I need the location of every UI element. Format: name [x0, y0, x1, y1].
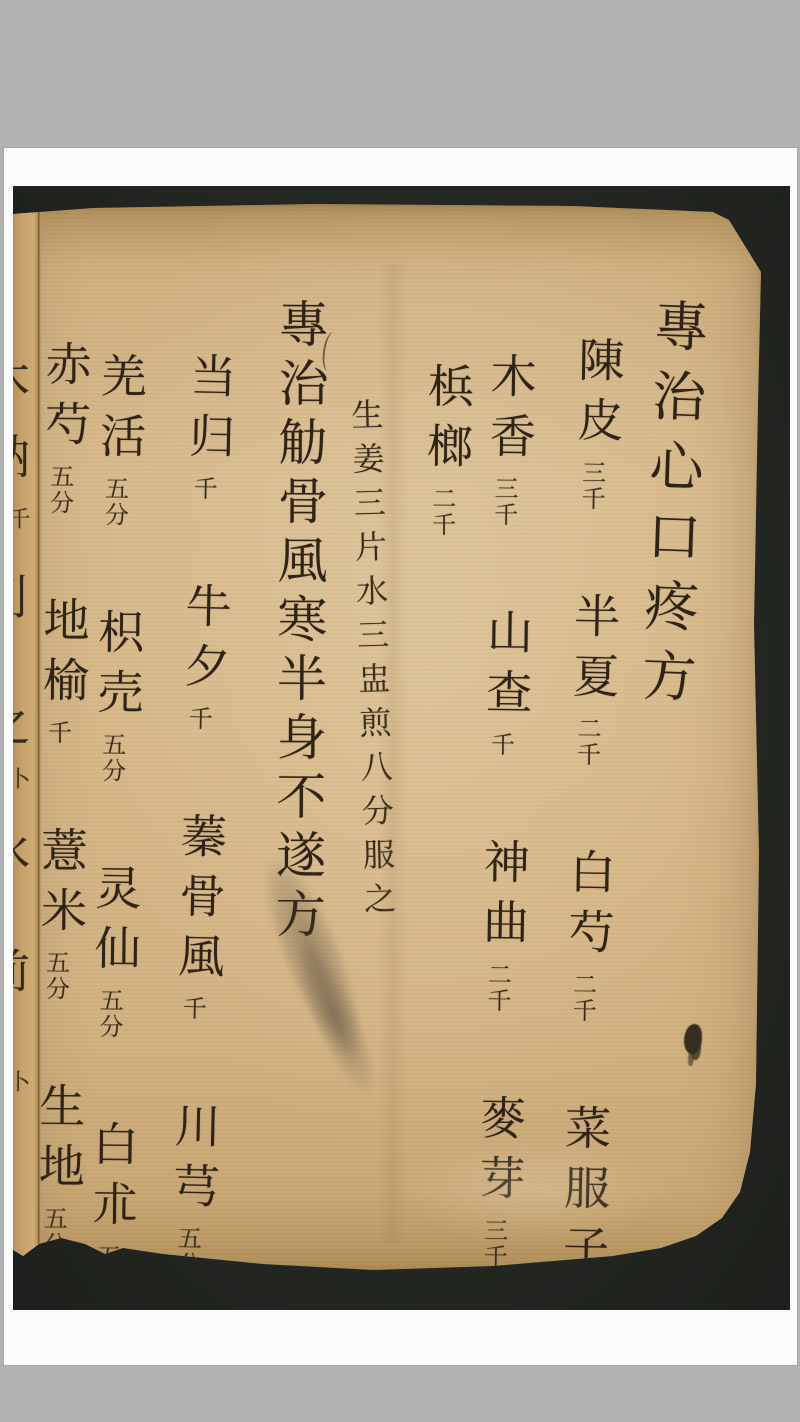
ingredient-name: 川芎 — [160, 1101, 228, 1222]
ingredient-dose: 千 — [44, 720, 70, 746]
ingredient: 蓁骨風千 — [164, 811, 234, 1024]
ingredient: 赤芍五分 — [31, 340, 99, 519]
ingredient-name: 白芍 — [555, 847, 623, 968]
ingredient-dose: 二千 — [484, 962, 511, 1014]
ingredient-dose: 三千 — [578, 460, 605, 512]
ingredient-dose: 五分 — [96, 988, 123, 1040]
ingredient: 半夏二千 — [558, 591, 627, 770]
ingredient-dose: 五分 — [46, 464, 72, 516]
ingredient-name: 当归 — [175, 351, 243, 472]
ingredient: 梹榔二千 — [413, 362, 481, 541]
ingredient-dose: 五分 — [98, 732, 125, 784]
ingredient-dose: 二千 — [573, 716, 600, 768]
ingredient-dose: 五分 — [40, 1206, 66, 1258]
ingredient: 生地五分 — [25, 1082, 93, 1261]
ingredient: 薏米五分 — [27, 826, 95, 1005]
ingredient-dose: 五分 — [101, 476, 128, 528]
manuscript-page: 木 納 千 刂 之 卜 水 前 卜 專治心口疼方 陳皮三千 半夏二千 白芍二千 … — [13, 204, 763, 1274]
ingredient: 神曲二千 — [469, 837, 537, 1016]
ingredient-name: 薏米 — [28, 826, 95, 947]
ingredient-name: 山查 — [473, 608, 541, 729]
ingredient: 当归千 — [175, 351, 244, 504]
scan-matte: 木 納 千 刂 之 卜 水 前 卜 專治心口疼方 陳皮三千 半夏二千 白芍二千 … — [4, 148, 797, 1365]
ingredient-dose: 千 — [487, 732, 513, 758]
ingredient-name: 地榆 — [30, 596, 97, 717]
ingredient-dose: 三千 — [491, 476, 518, 528]
ingredient-name: 生地 — [25, 1082, 92, 1203]
ingredient-dose: 五分 — [174, 1225, 201, 1278]
ingredient-name: 赤芍 — [32, 340, 99, 461]
photo-backdrop: 木 納 千 刂 之 卜 水 前 卜 專治心口疼方 陳皮三千 半夏二千 白芍二千 … — [13, 186, 790, 1310]
prescription-1-column-3: 梹榔二千 — [413, 362, 481, 551]
ingredient: 木香三千 — [476, 352, 544, 531]
prescription-1-title: 專治心口疼方 — [625, 297, 717, 719]
paper-crease-shade — [378, 264, 408, 1244]
ingredient-name: 半夏 — [559, 591, 627, 712]
ingredient-dose: 二千 — [569, 972, 596, 1024]
scanned-manuscript-viewer: { "colors":{ "frame":"#b2b2b2", "matte":… — [0, 0, 800, 1422]
ink-blot — [684, 1024, 702, 1054]
edge-fragment-dose: 千 — [13, 507, 33, 529]
ingredient-name: 陳皮 — [564, 335, 632, 456]
ingredient-name: 梹榔 — [414, 362, 481, 483]
ingredient-dose: 千 — [190, 476, 217, 503]
ingredient: 陳皮三千 — [563, 335, 632, 514]
ingredient-name: 木香 — [476, 352, 544, 473]
prescription-2-column-3: 赤芍五分 地榆千 薏米五分 生地五分 — [25, 340, 99, 1271]
ingredient-dose: 千 — [179, 995, 206, 1022]
ingredient: 川芎五分 — [159, 1101, 229, 1280]
ingredient-dose: 二千 — [428, 486, 454, 538]
prescription-2-column-1: 当归千 牛夕千 蓁骨風千 川芎五分 — [158, 351, 244, 1290]
ingredient-dose: 五分 — [93, 1244, 120, 1296]
ingredient-name: 神曲 — [470, 837, 538, 958]
ingredient-dose: 千 — [185, 706, 212, 733]
paper-stain — [393, 1134, 673, 1244]
ingredient-name: 蓁骨風 — [165, 811, 235, 992]
ingredient: 山查千 — [472, 608, 540, 761]
ingredient-dose: 三千 — [563, 1288, 590, 1310]
ingredient-name: 牛夕 — [171, 581, 239, 702]
ingredient-dose: 五分 — [42, 950, 68, 1002]
ingredient: 地榆千 — [29, 596, 96, 749]
ingredient: 牛夕千 — [170, 581, 239, 734]
ingredient: 白芍二千 — [554, 847, 623, 1026]
